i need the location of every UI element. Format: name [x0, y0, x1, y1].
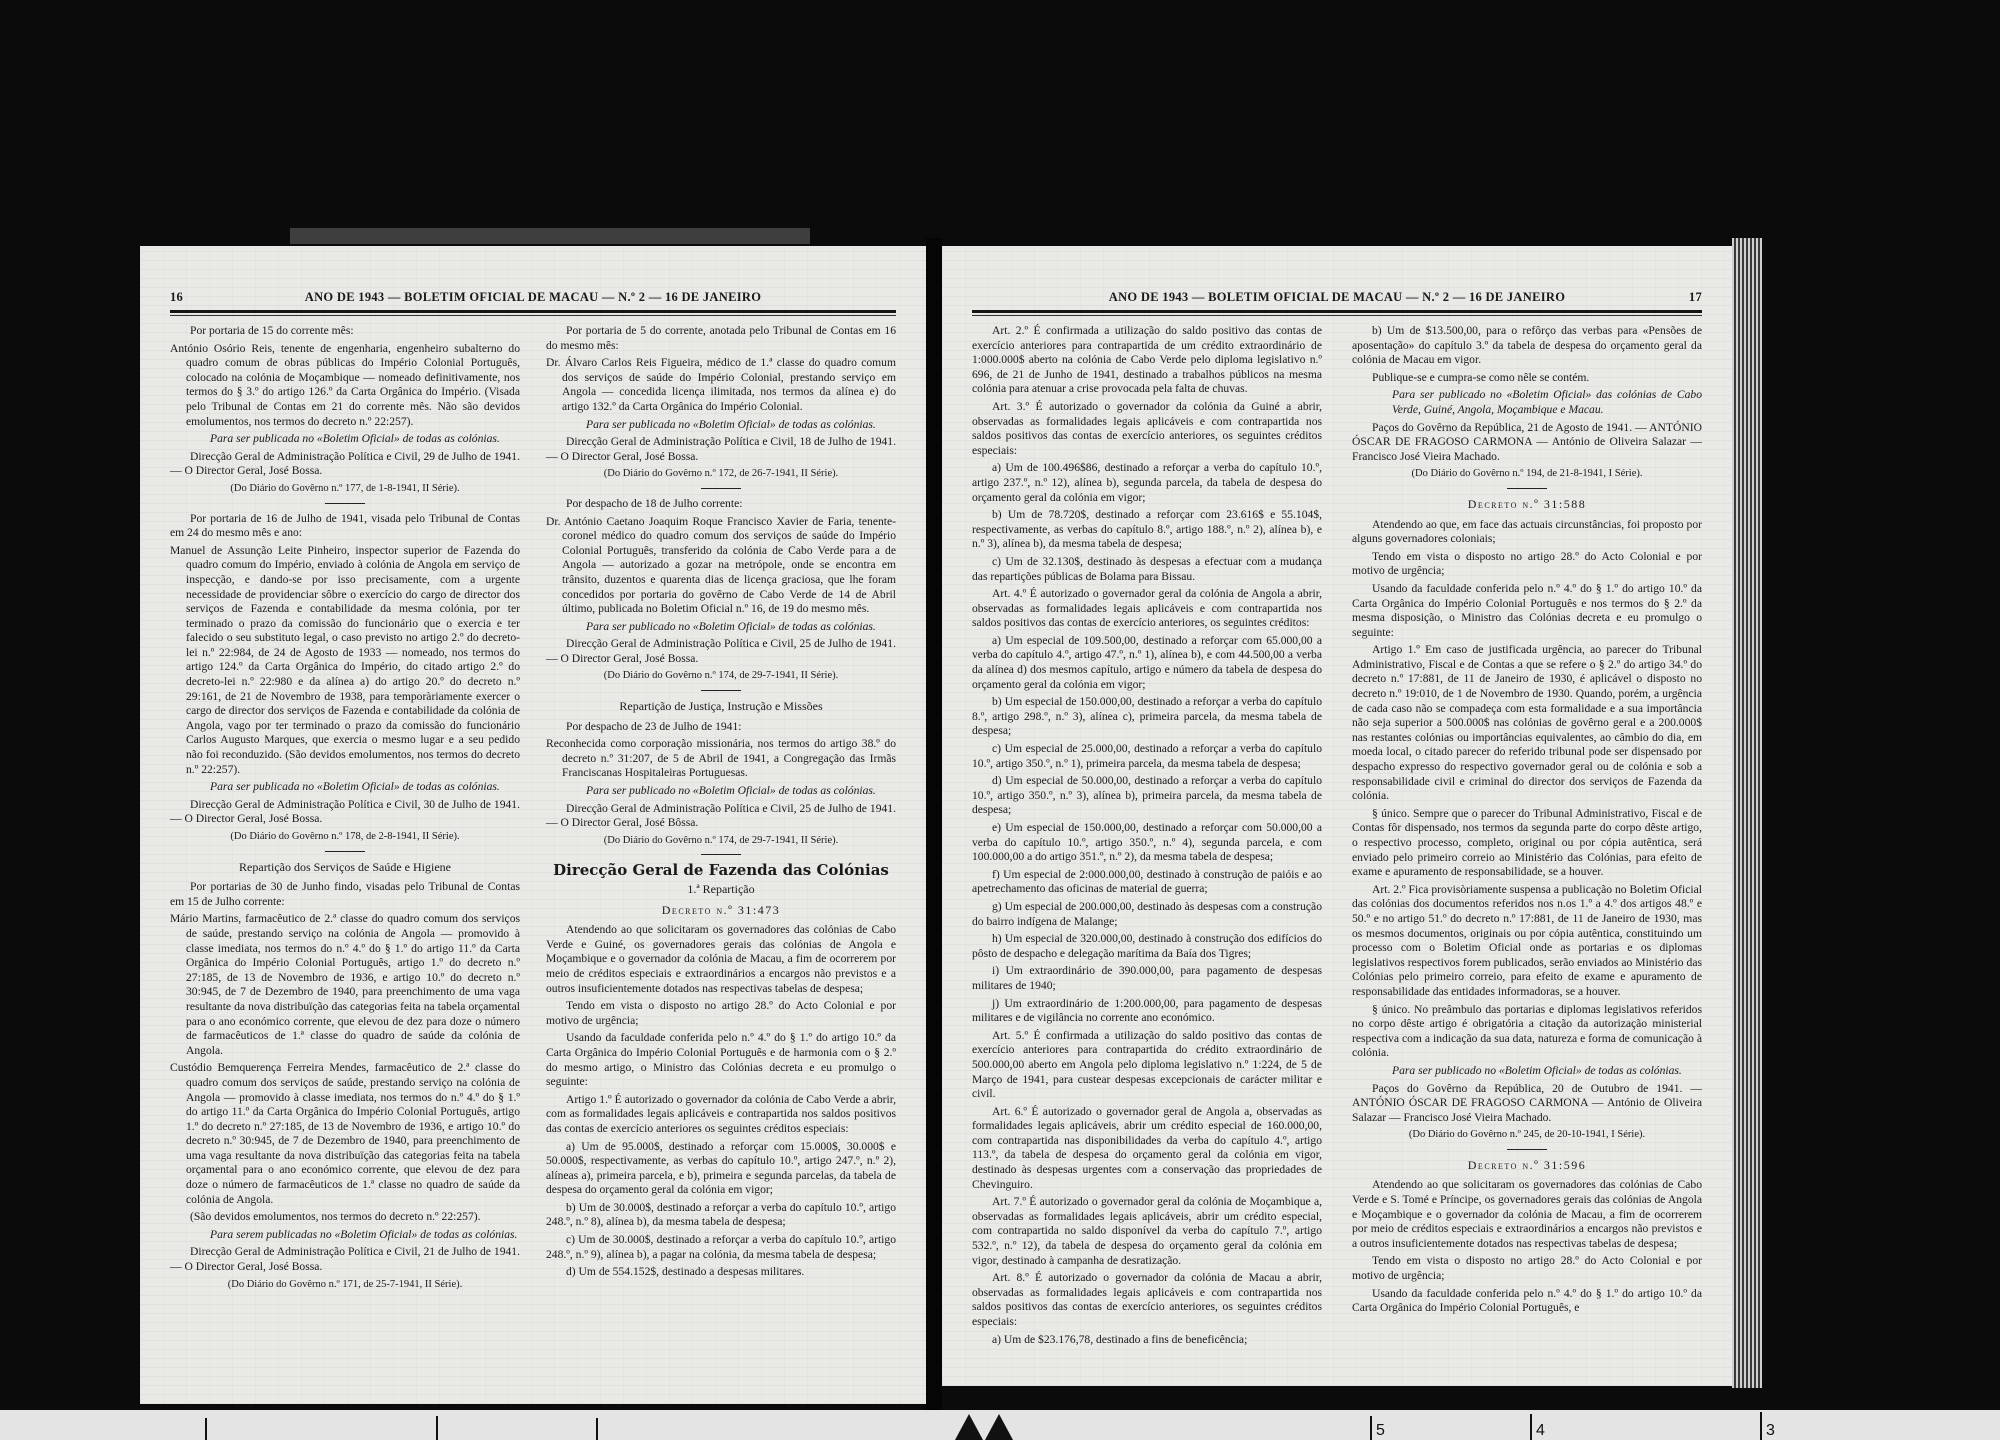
running-head-left: 16 ANO DE 1943 — BOLETIM OFICIAL DE MACA… — [170, 290, 896, 310]
paragraph: e) Um especial de 150.000,00, destinado … — [972, 821, 1322, 865]
paragraph: Tendo em vista o disposto no artigo 28.º… — [1352, 1254, 1702, 1283]
publication-note: Para ser publicada no «Boletim Oficial» … — [546, 418, 896, 433]
paragraph: António Osório Reis, tenente de engenhar… — [170, 342, 520, 430]
paragraph: Por portaria de 16 de Julho de 1941, vis… — [170, 512, 520, 541]
paragraph: Manuel de Assunção Leite Pinheiro, inspe… — [170, 544, 520, 778]
section-separator — [325, 503, 365, 504]
source-citation: (Do Diário do Govêrno n.º 194, de 21-8-1… — [1352, 467, 1702, 482]
paragraph: Atendendo ao que, em face das actuais ci… — [1352, 518, 1702, 547]
section-heading: 1.ª Repartição — [546, 882, 896, 897]
section-heading: Repartição dos Serviços de Saúde e Higie… — [170, 860, 520, 875]
source-citation: (Do Diário do Govêrno n.º 174, de 29-7-1… — [546, 834, 896, 849]
book-gutter — [926, 238, 942, 1413]
header-rule — [170, 310, 896, 316]
paragraph: Paços do Govêrno da República, 21 de Ago… — [1352, 421, 1702, 465]
publication-note: Para ser publicado no «Boletim Oficial» … — [1352, 388, 1702, 417]
section-separator — [325, 851, 365, 852]
left-page: 16 ANO DE 1943 — BOLETIM OFICIAL DE MACA… — [140, 246, 926, 1404]
paragraph: Art. 6.º É autorizado o governador geral… — [972, 1105, 1322, 1193]
section-heading: Repartição de Justiça, Instrução e Missõ… — [546, 699, 896, 714]
paragraph: Artigo 1.º É autorizado o governador da … — [546, 1093, 896, 1137]
page-number: 17 — [1689, 290, 1702, 305]
paragraph: Direcção Geral de Administração Política… — [170, 450, 520, 479]
paragraph: Direcção Geral de Administração Política… — [546, 637, 896, 666]
paragraph: a) Um de $23.176,78, destinado a fins de… — [972, 1333, 1322, 1348]
paragraph: Por portaria de 15 do corrente mês: — [170, 324, 520, 339]
ruler-tick — [436, 1416, 438, 1440]
paragraph: Direcção Geral de Administração Política… — [546, 435, 896, 464]
paragraph: Mário Martins, farmacêutico de 2.ª class… — [170, 912, 520, 1058]
paragraph: a) Um de 95.000$, destinado a reforçar c… — [546, 1140, 896, 1198]
section-heading: Decreto n.º 31:588 — [1352, 497, 1702, 512]
publication-note: Para ser publicado no «Boletim Oficial» … — [546, 620, 896, 635]
paragraph: Tendo em vista o disposto no artigo 28.º… — [1352, 550, 1702, 579]
running-head-title: ANO DE 1943 — BOLETIM OFICIAL DE MACAU —… — [972, 290, 1702, 305]
section-separator — [1507, 1149, 1547, 1150]
paragraph: Art. 7.º É autorizado o governador geral… — [972, 1195, 1322, 1268]
paragraph: Art. 5.º É confirmada a utilização do sa… — [972, 1029, 1322, 1102]
ruler-tick — [596, 1418, 598, 1440]
paragraph: Tendo em vista o disposto no artigo 28.º… — [546, 999, 896, 1028]
section-separator — [701, 488, 741, 489]
section-heading: Decreto n.º 31:473 — [546, 903, 896, 918]
paragraph: c) Um de 32.130$, destinado às despesas … — [972, 555, 1322, 584]
paragraph: Art. 8.º É autorizado o governador da co… — [972, 1271, 1322, 1329]
paragraph: a) Um especial de 109.500,00, destinado … — [972, 634, 1322, 692]
paragraph: Por despacho de 23 de Julho de 1941: — [546, 720, 896, 735]
publication-note: Para ser publicada no «Boletim Oficial» … — [170, 780, 520, 795]
ruler-tick — [1370, 1416, 1372, 1440]
paragraph: § único. No preâmbulo das portarias e di… — [1352, 1003, 1702, 1061]
paragraph: Por despacho de 18 de Julho corrente: — [546, 497, 896, 512]
center-arrow-icon — [985, 1414, 1013, 1440]
paragraph: Atendendo ao que solicitaram os governad… — [1352, 1178, 1702, 1251]
source-citation: (Do Diário do Govêrno n.º 174, de 29-7-1… — [546, 669, 896, 684]
page-stack-edge — [1732, 238, 1762, 1388]
paragraph: d) Um especial de 50.000,00, destinado a… — [972, 774, 1322, 818]
paragraph: Artigo 1.º Em caso de justificada urgênc… — [1352, 643, 1702, 804]
paragraph: b) Um de 78.720$, destinado a reforçar c… — [972, 508, 1322, 552]
scan-top-edge — [290, 228, 810, 244]
paragraph: Paços do Govêrno da República, 20 de Out… — [1352, 1082, 1702, 1126]
paragraph: Direcção Geral de Administração Política… — [170, 798, 520, 827]
publication-note: Para ser publicada no «Boletim Oficial» … — [170, 432, 520, 447]
running-head-title: ANO DE 1943 — BOLETIM OFICIAL DE MACAU —… — [170, 290, 896, 305]
section-heading: Decreto n.º 31:596 — [1352, 1158, 1702, 1173]
paragraph: j) Um extraordinário de 1:200.000,00, pa… — [972, 997, 1322, 1026]
center-arrow-icon — [955, 1414, 983, 1440]
paragraph: a) Um de 100.496$86, destinado a reforça… — [972, 461, 1322, 505]
ruler-tick — [1760, 1412, 1762, 1440]
paragraph: Atendendo ao que solicitaram os governad… — [546, 923, 896, 996]
source-citation: (Do Diário do Govêrno n.º 178, de 2-8-19… — [170, 830, 520, 845]
section-heading: Direcção Geral de Fazenda das Colónias — [546, 863, 896, 878]
ruler-tick — [1530, 1414, 1532, 1440]
paragraph: g) Um especial de 200.000,00, destinado … — [972, 900, 1322, 929]
paragraph: c) Um especial de 25.000,00, destinado a… — [972, 742, 1322, 771]
ruler-label: 3 — [1766, 1422, 1775, 1440]
paragraph: § único. Sempre que o parecer do Tribuna… — [1352, 807, 1702, 880]
paragraph: (São devidos emolumentos, nos termos do … — [170, 1210, 520, 1225]
paragraph: d) Um de 554.152$, destinado a despesas … — [546, 1265, 896, 1280]
right-page: ANO DE 1943 — BOLETIM OFICIAL DE MACAU —… — [942, 246, 1732, 1386]
paragraph: b) Um especial de 150.000,00, destinado … — [972, 695, 1322, 739]
source-citation: (Do Diário do Govêrno n.º 177, de 1-8-19… — [170, 482, 520, 497]
section-separator — [1507, 488, 1547, 489]
paragraph: c) Um de 30.000$, destinado a reforçar a… — [546, 1233, 896, 1262]
paragraph: h) Um especial de 320.000,00, destinado … — [972, 932, 1322, 961]
paragraph: b) Um de $13.500,00, para o refôrço das … — [1352, 324, 1702, 368]
left-column-2: Por portaria de 5 do corrente, anotada p… — [546, 324, 896, 1283]
ruler-label: 5 — [1376, 1422, 1385, 1440]
publication-note: Para ser publicado no «Boletim Oficial» … — [1352, 1064, 1702, 1079]
paragraph: b) Um de 30.000$, destinado a reforçar a… — [546, 1201, 896, 1230]
paragraph: Usando da faculdade conferida pelo n.º 4… — [1352, 582, 1702, 640]
source-citation: (Do Diário do Govêrno n.º 245, de 20-10-… — [1352, 1128, 1702, 1143]
source-citation: (Do Diário do Govêrno n.º 172, de 26-7-1… — [546, 467, 896, 482]
section-separator — [701, 854, 741, 855]
source-citation: (Do Diário do Govêrno n.º 171, de 25-7-1… — [170, 1278, 520, 1293]
paragraph: Art. 4.º É autorizado o governador geral… — [972, 587, 1322, 631]
paragraph: Custódio Bemquerença Ferreira Mendes, fa… — [170, 1061, 520, 1207]
paragraph: Reconhecida como corporação missionária,… — [546, 737, 896, 781]
scan-ruler: 5 4 3 — [0, 1410, 2000, 1440]
paragraph: Art. 3.º É autorizado o governador da co… — [972, 400, 1322, 458]
paragraph: Por portaria de 5 do corrente, anotada p… — [546, 324, 896, 353]
running-head-right: ANO DE 1943 — BOLETIM OFICIAL DE MACAU —… — [972, 290, 1702, 310]
paragraph: i) Um extraordinário de 390.000,00, para… — [972, 964, 1322, 993]
paragraph: Direcção Geral de Administração Política… — [170, 1245, 520, 1274]
publication-note: Para serem publicadas no «Boletim Oficia… — [170, 1228, 520, 1243]
paragraph: Publique-se e cumpra-se como nêle se con… — [1352, 371, 1702, 386]
paragraph: Usando da faculdade conferida pelo n.º 4… — [1352, 1287, 1702, 1316]
ruler-label: 4 — [1536, 1422, 1545, 1440]
paragraph: Dr. Álvaro Carlos Reis Figueira, médico … — [546, 356, 896, 414]
right-column-1: Art. 2.º É confirmada a utilização do sa… — [972, 324, 1322, 1350]
header-rule — [972, 310, 1702, 316]
ruler-tick — [205, 1418, 207, 1440]
paragraph: Art. 2.º Fica provisòriamente suspensa a… — [1352, 883, 1702, 1000]
publication-note: Para ser publicado no «Boletim Oficial» … — [546, 784, 896, 799]
section-separator — [701, 690, 741, 691]
right-column-2: b) Um de $13.500,00, para o refôrço das … — [1352, 324, 1702, 1319]
paragraph: f) Um especial de 2:000.000,00, destinad… — [972, 868, 1322, 897]
paragraph: Direcção Geral de Administração Política… — [546, 802, 896, 831]
left-column-1: Por portaria de 15 do corrente mês:Antón… — [170, 324, 520, 1298]
paragraph: Usando da faculdade conferida pelo n.º 4… — [546, 1031, 896, 1089]
paragraph: Dr. António Caetano Joaquim Roque Franci… — [546, 515, 896, 617]
paragraph: Art. 2.º É confirmada a utilização do sa… — [972, 324, 1322, 397]
paragraph: Por portarias de 30 de Junho findo, visa… — [170, 880, 520, 909]
